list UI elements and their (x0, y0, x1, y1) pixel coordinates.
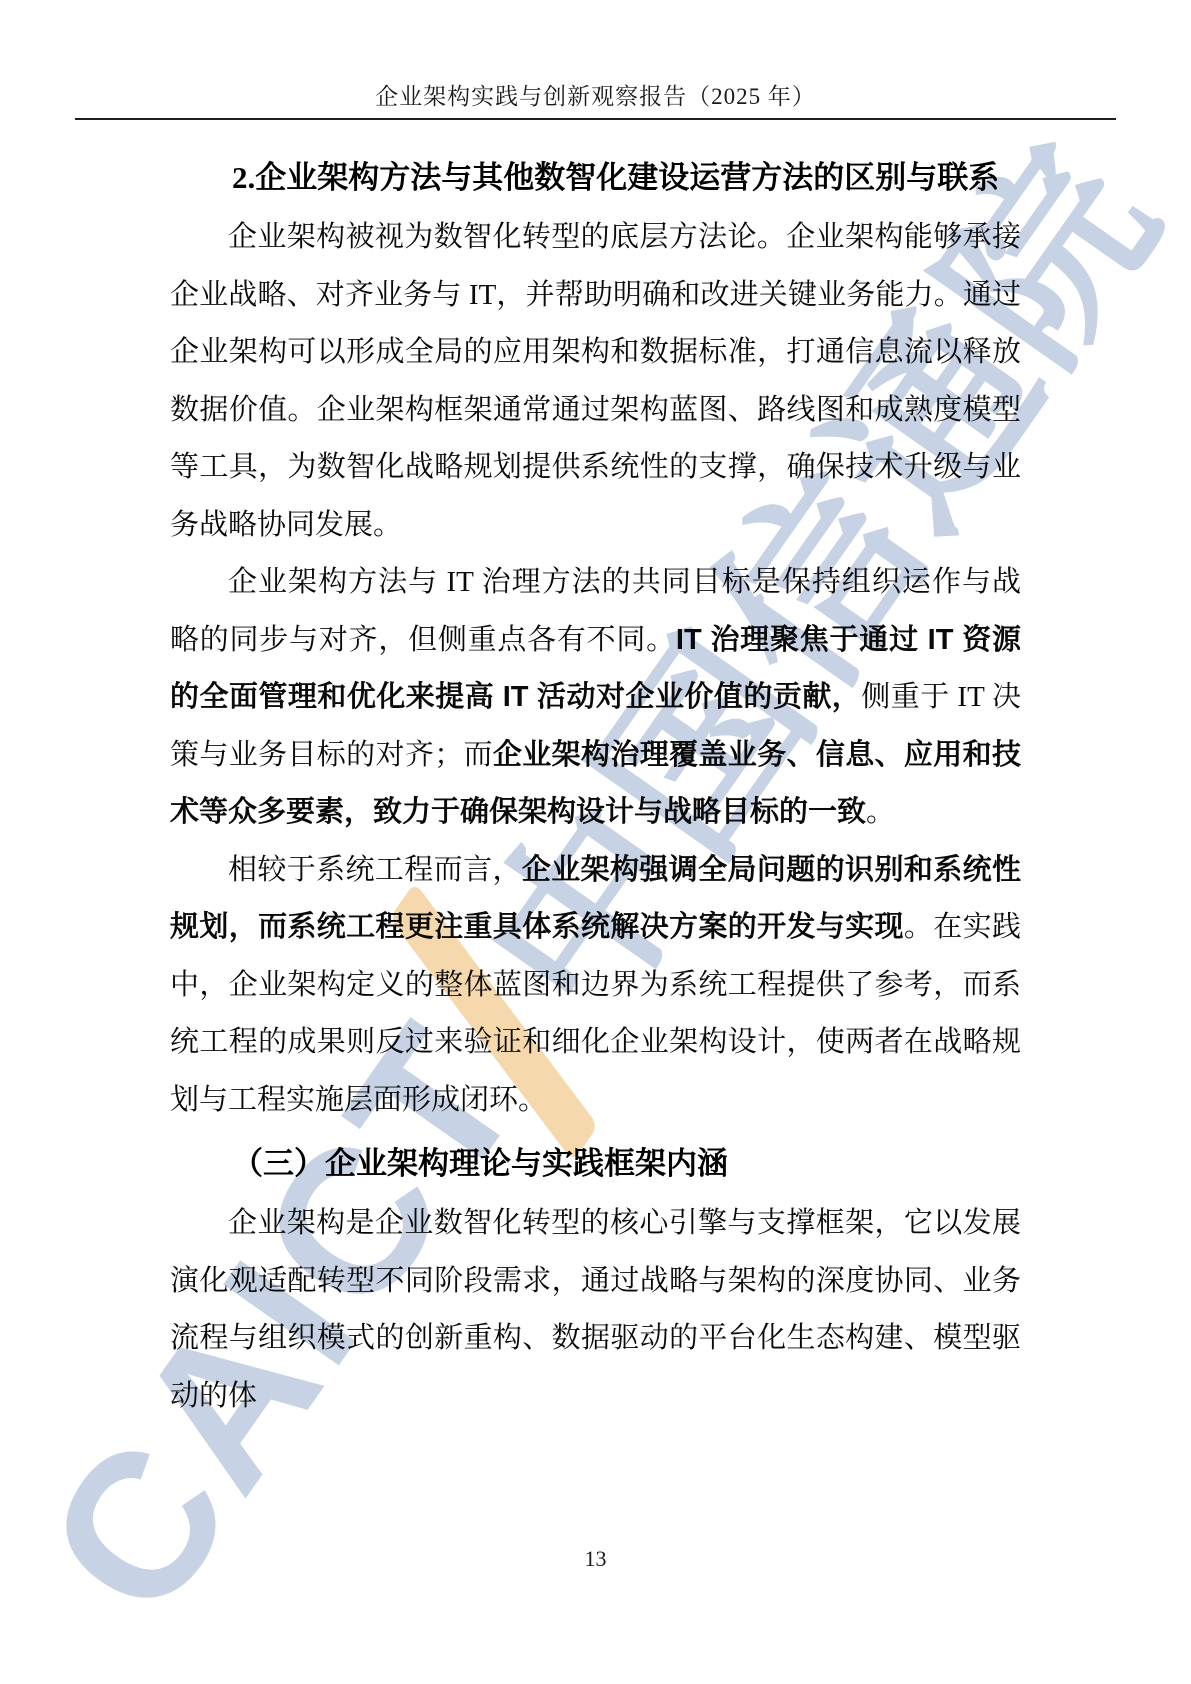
paragraph-3-run-0: 相较于系统工程而言， (228, 854, 522, 886)
heading-section-3: （三）企业架构理论与实践框架内涵 (170, 1132, 1021, 1195)
paragraph-2-run-4: 。 (866, 796, 895, 828)
paragraph-2: 企业架构方法与 IT 治理方法的共同目标是保持组织运作与战略的同步与对齐，但侧重… (170, 554, 1021, 842)
heading-numbered-2: 2.企业架构方法与其他数智化建设运营方法的区别与联系 (170, 146, 1021, 209)
paragraph-3: 相较于系统工程而言，企业架构强调全局问题的识别和系统性规划，而系统工程更注重具体… (170, 842, 1021, 1130)
report-title: 企业架构实践与创新观察报告（2025 年） (0, 78, 1191, 111)
paragraph-1-text: 企业架构被视为数智化转型的底层方法论。企业架构能够承接企业战略、对齐业务与 IT… (170, 221, 1021, 541)
page-number: 13 (0, 1546, 1191, 1572)
paragraph-4: 企业架构是企业数智化转型的核心引擎与支撑框架，它以发展演化观适配转型不同阶段需求… (170, 1195, 1021, 1425)
header-rule (75, 118, 1116, 120)
paragraph-4-text: 企业架构是企业数智化转型的核心引擎与支撑框架，它以发展演化观适配转型不同阶段需求… (170, 1207, 1021, 1412)
page-header: 企业架构实践与创新观察报告（2025 年） (0, 0, 1191, 120)
paragraph-1: 企业架构被视为数智化转型的底层方法论。企业架构能够承接企业战略、对齐业务与 IT… (170, 209, 1021, 554)
document-page: CAICT 中国信通院 企业架构实践与创新观察报告（2025 年） 2.企业架构… (0, 0, 1191, 1684)
page-content: 2.企业架构方法与其他数智化建设运营方法的区别与联系 企业架构被视为数智化转型的… (170, 146, 1021, 1425)
